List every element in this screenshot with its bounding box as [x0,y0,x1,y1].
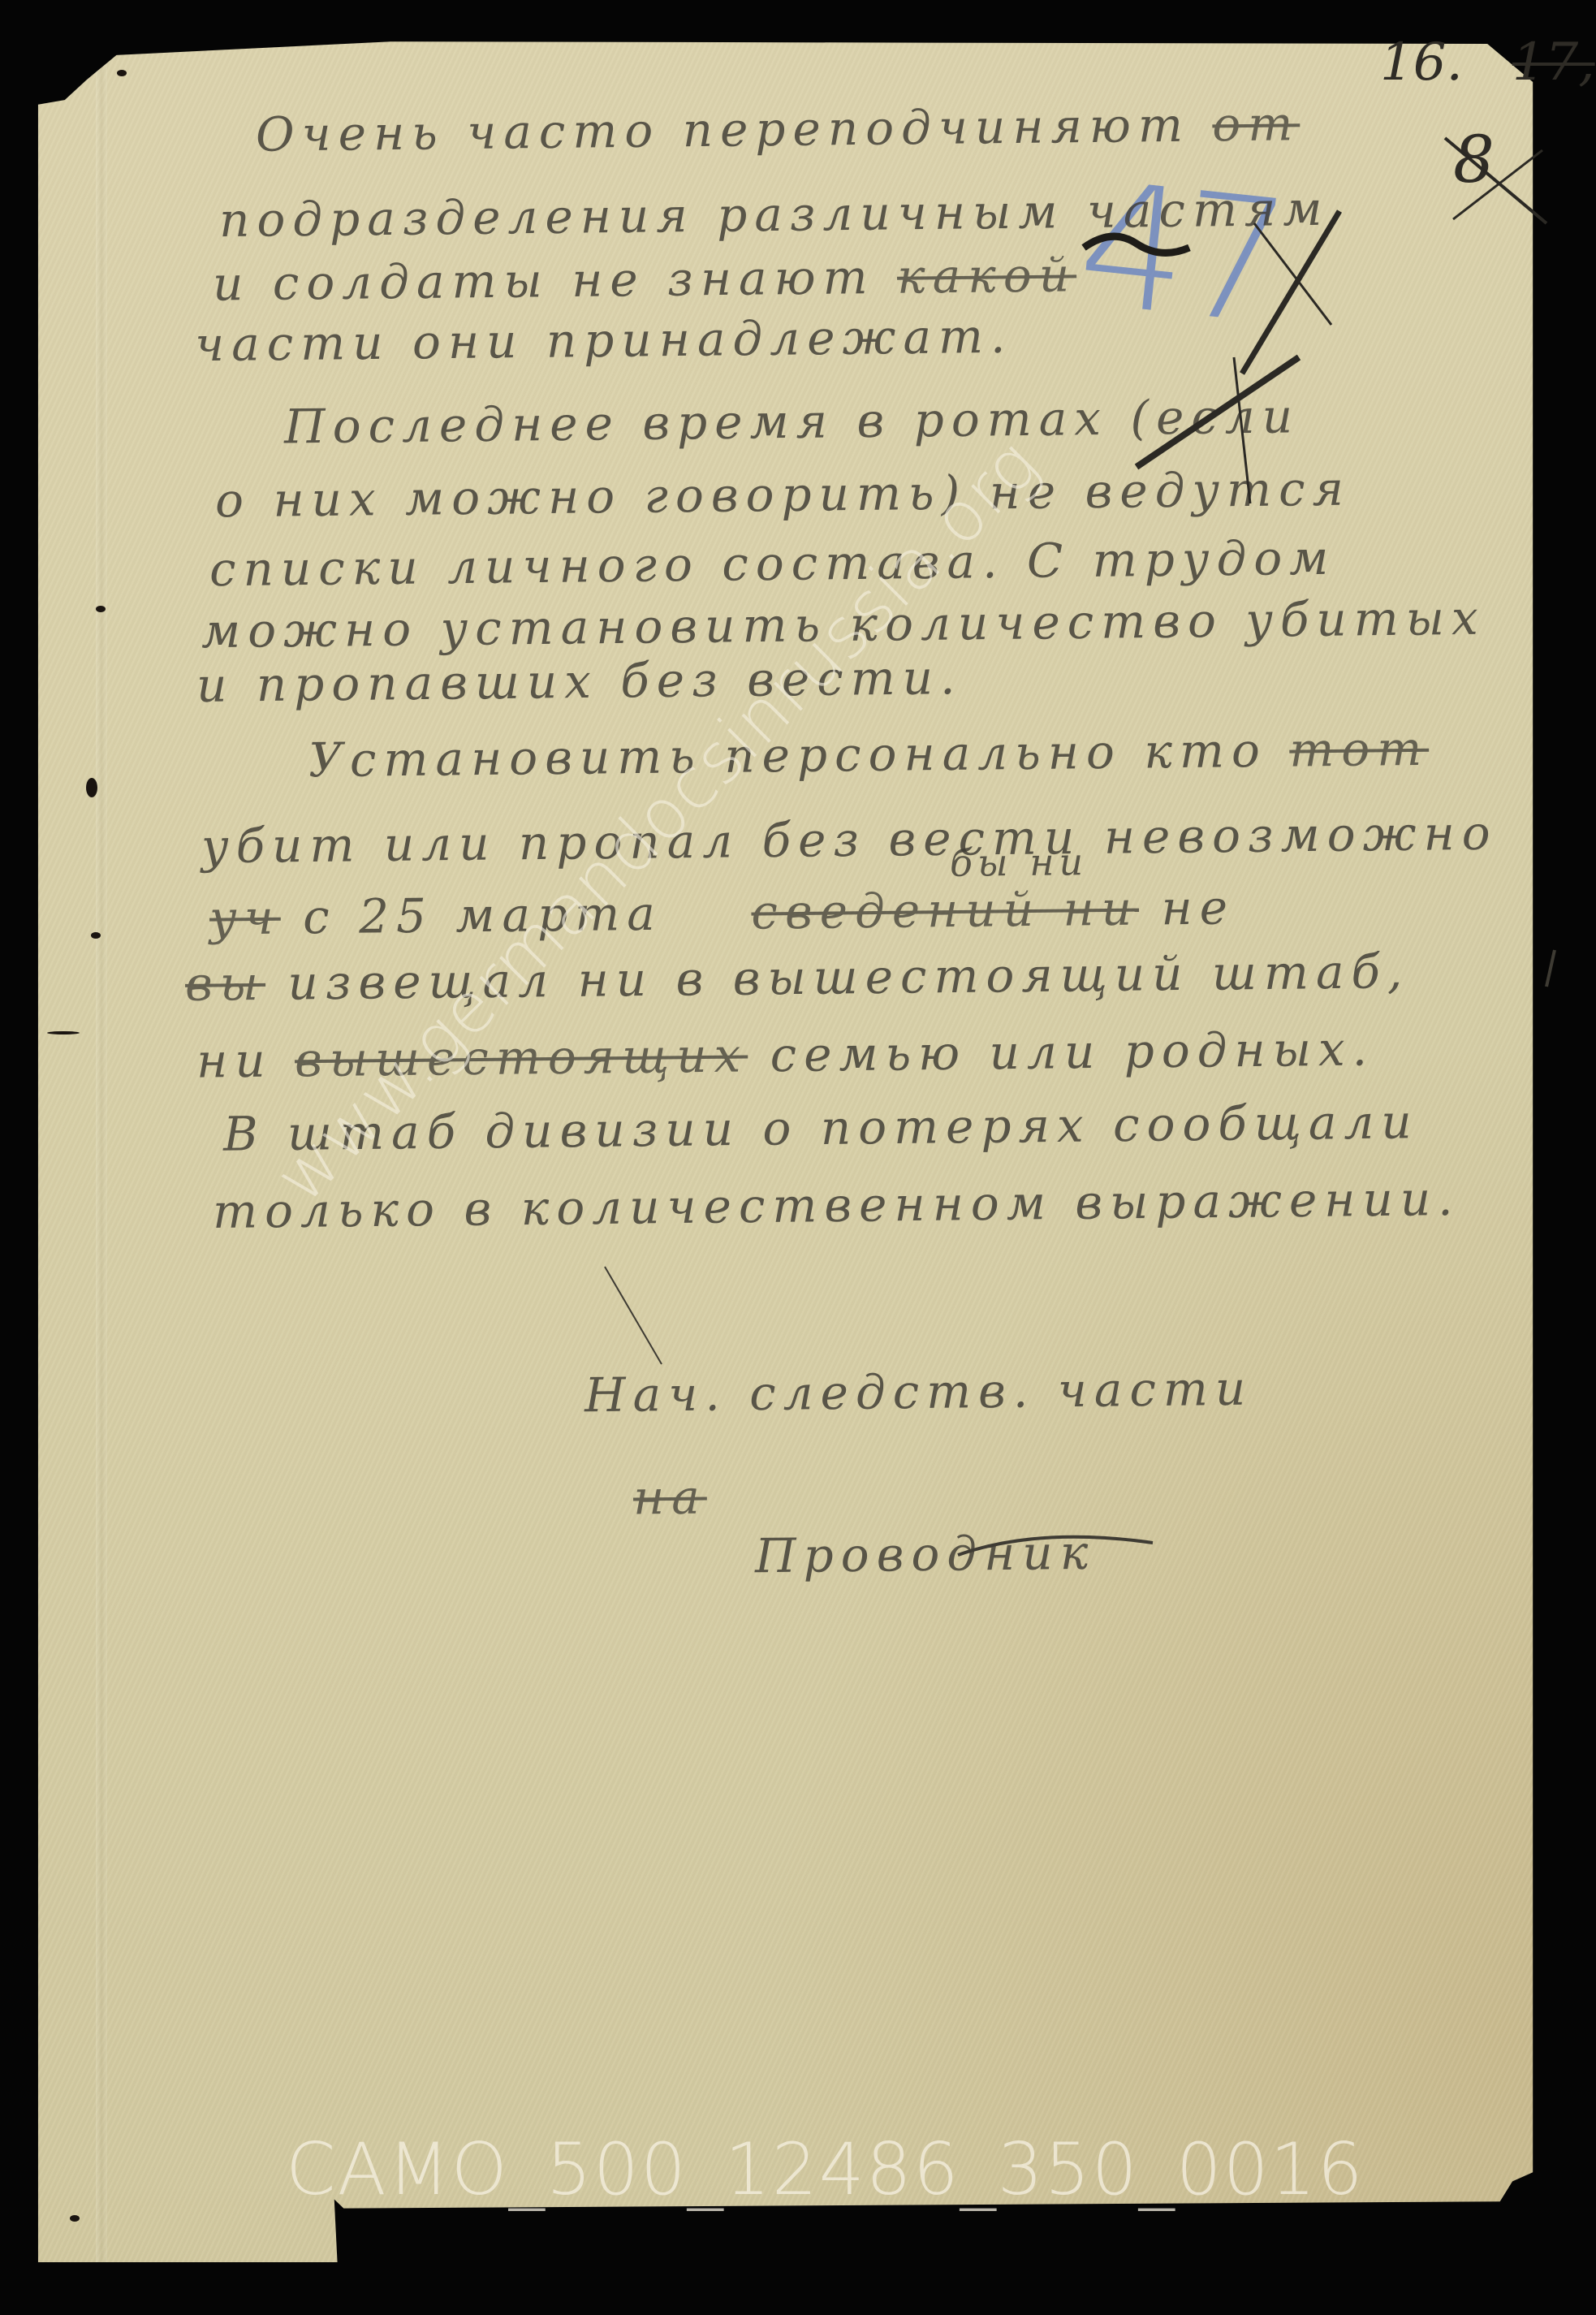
text-line-13: вы извещал ни в вышестоящий штаб, [185,944,1410,1012]
text-line-3: и солдаты не знают какой [213,247,1077,311]
page-number-struck: 17, [1512,32,1595,93]
text-line-16: только в количественном выражении. [213,1171,1460,1239]
text-line-4: части они принадлежат. [195,309,1013,373]
text-line-10: Установить персонально кто тот [308,721,1430,788]
text-line-6: о них можно говорить) не ведутся [215,461,1352,529]
text-line-7: списки личного состава. С трудом [209,530,1336,598]
page-number: 16. 17, [1380,32,1595,93]
corner-mark: 8 [1453,122,1495,197]
blue-pencil-annotation: 47 [1070,145,1290,363]
signature-name: Проводник [755,1525,1096,1583]
text-line-12: уч с 25 марта сведений ни не [209,879,1236,945]
signature-struck-prefix: на [633,1470,708,1526]
text-line-5: Последнее время в ротах (если [284,388,1301,454]
text-line-11: убит или пропал без вести невозможно [201,805,1498,875]
text-line-2: подразделения различным частям [219,181,1330,248]
handwritten-body: 16. 17, 8 47 Очень часто переподчиняют о… [0,0,1596,2315]
signature-title: Нач. следств. части [584,1361,1253,1423]
text-insert-above: бы ни [950,840,1089,885]
text-line-1: Очень часто переподчиняют от [256,96,1301,162]
page-number-current: 16. [1380,32,1463,93]
archive-code-watermark: CAMO_500_12486_350_0016 [286,2127,1365,2211]
